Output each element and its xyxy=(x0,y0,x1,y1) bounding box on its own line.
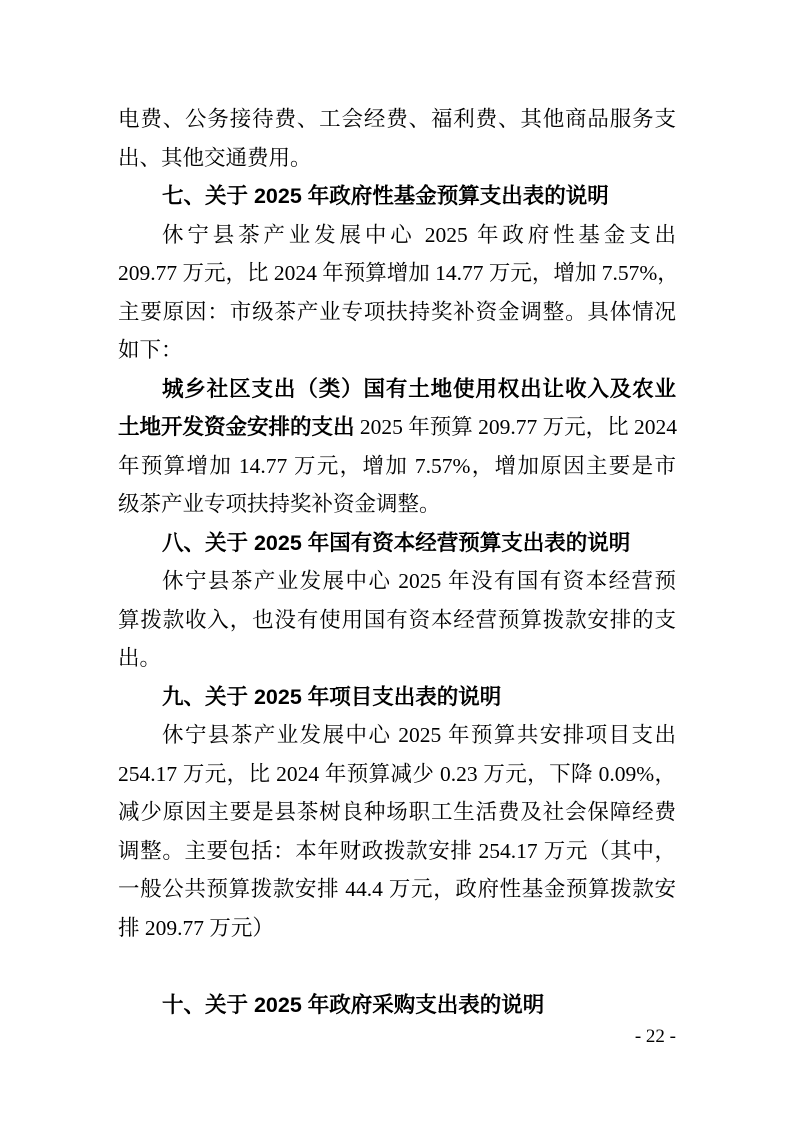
text-segment: 年预算增加 14.77 万元，增加 7.57%，增加原因主要是市 xyxy=(118,454,676,478)
text-line: 年预算增加 14.77 万元，增加 7.57%，增加原因主要是市 xyxy=(118,447,676,486)
text-line: 休宁县茶产业发展中心 2025 年政府性基金支出 xyxy=(118,216,676,255)
text-line: 254.17 万元，比 2024 年预算减少 0.23 万元，下降 0.09%， xyxy=(118,755,676,794)
page-number: - 22 - xyxy=(118,1026,676,1048)
text-line: 调整。主要包括：本年财政拨款安排 254.17 万元（其中， xyxy=(118,832,676,871)
section-heading: 七、关于 2025 年政府性基金预算支出表的说明 xyxy=(118,177,676,216)
text-line: 土地开发资金安排的支出 2025 年预算 209.77 万元，比 2024 xyxy=(118,408,676,447)
text-segment: 出。 xyxy=(118,646,161,670)
text-line: 出、其他交通费用。 xyxy=(118,139,676,178)
blank-line xyxy=(118,947,676,986)
text-segment: 主要原因：市级茶产业专项扶持奖补资金调整。具体情况 xyxy=(118,300,676,324)
text-line: 如下： xyxy=(118,331,676,370)
text-line: 减少原因主要是县茶树良种场职工生活费及社会保障经费 xyxy=(118,793,676,832)
text-segment: 减少原因主要是县茶树良种场职工生活费及社会保障经费 xyxy=(118,800,676,824)
text-line: 休宁县茶产业发展中心 2025 年没有国有资本经营预 xyxy=(118,562,676,601)
text-segment: 八、关于 2025 年国有资本经营预算支出表的说明 xyxy=(162,531,630,555)
text-line: 出。 xyxy=(118,639,676,678)
text-segment: 2025 年预算 209.77 万元，比 2024 xyxy=(355,415,678,439)
section-heading: 八、关于 2025 年国有资本经营预算支出表的说明 xyxy=(118,524,676,563)
text-segment: 出、其他交通费用。 xyxy=(118,146,312,170)
text-line: 电费、公务接待费、工会经费、福利费、其他商品服务支 xyxy=(118,100,676,139)
text-segment: 电费、公务接待费、工会经费、福利费、其他商品服务支 xyxy=(118,107,676,131)
text-segment: 休宁县茶产业发展中心 2025 年政府性基金支出 xyxy=(162,223,676,247)
text-segment: 城乡社区支出（类）国有土地使用权出让收入及农业 xyxy=(162,377,676,401)
text-segment: 如下： xyxy=(118,338,183,362)
text-segment: 254.17 万元，比 2024 年预算减少 0.23 万元，下降 0.09%， xyxy=(118,762,676,786)
text-segment: 排 209.77 万元） xyxy=(118,916,274,940)
text-segment: 十、关于 2025 年政府采购支出表的说明 xyxy=(162,993,544,1017)
text-line: 城乡社区支出（类）国有土地使用权出让收入及农业 xyxy=(118,370,676,409)
text-line: 休宁县茶产业发展中心 2025 年预算共安排项目支出 xyxy=(118,716,676,755)
text-segment: 算拨款收入，也没有使用国有资本经营预算拨款安排的支 xyxy=(118,608,676,632)
text-line: 算拨款收入，也没有使用国有资本经营预算拨款安排的支 xyxy=(118,601,676,640)
section-heading: 九、关于 2025 年项目支出表的说明 xyxy=(118,678,676,717)
text-line: 一般公共预算拨款安排 44.4 万元，政府性基金预算拨款安 xyxy=(118,870,676,909)
text-line: 209.77 万元，比 2024 年预算增加 14.77 万元，增加 7.57%… xyxy=(118,254,676,293)
text-segment: 一般公共预算拨款安排 44.4 万元，政府性基金预算拨款安 xyxy=(118,877,676,901)
document-text-block: 电费、公务接待费、工会经费、福利费、其他商品服务支出、其他交通费用。七、关于 2… xyxy=(118,100,676,1024)
section-heading: 十、关于 2025 年政府采购支出表的说明 xyxy=(118,986,676,1025)
document-page: 电费、公务接待费、工会经费、福利费、其他商品服务支出、其他交通费用。七、关于 2… xyxy=(0,0,793,1122)
text-segment: 级茶产业专项扶持奖补资金调整。 xyxy=(118,492,441,516)
text-segment: 休宁县茶产业发展中心 2025 年预算共安排项目支出 xyxy=(162,723,676,747)
text-line: 主要原因：市级茶产业专项扶持奖补资金调整。具体情况 xyxy=(118,293,676,332)
text-segment: 调整。主要包括：本年财政拨款安排 254.17 万元（其中， xyxy=(118,839,676,863)
text-segment: 九、关于 2025 年项目支出表的说明 xyxy=(162,685,501,709)
text-line: 排 209.77 万元） xyxy=(118,909,676,948)
text-segment: 七、关于 2025 年政府性基金预算支出表的说明 xyxy=(162,184,609,208)
text-line: 级茶产业专项扶持奖补资金调整。 xyxy=(118,485,676,524)
text-segment: 209.77 万元，比 2024 年预算增加 14.77 万元，增加 7.57%… xyxy=(118,261,679,285)
text-segment: 休宁县茶产业发展中心 2025 年没有国有资本经营预 xyxy=(162,569,676,593)
text-segment: 土地开发资金安排的支出 xyxy=(118,415,355,439)
